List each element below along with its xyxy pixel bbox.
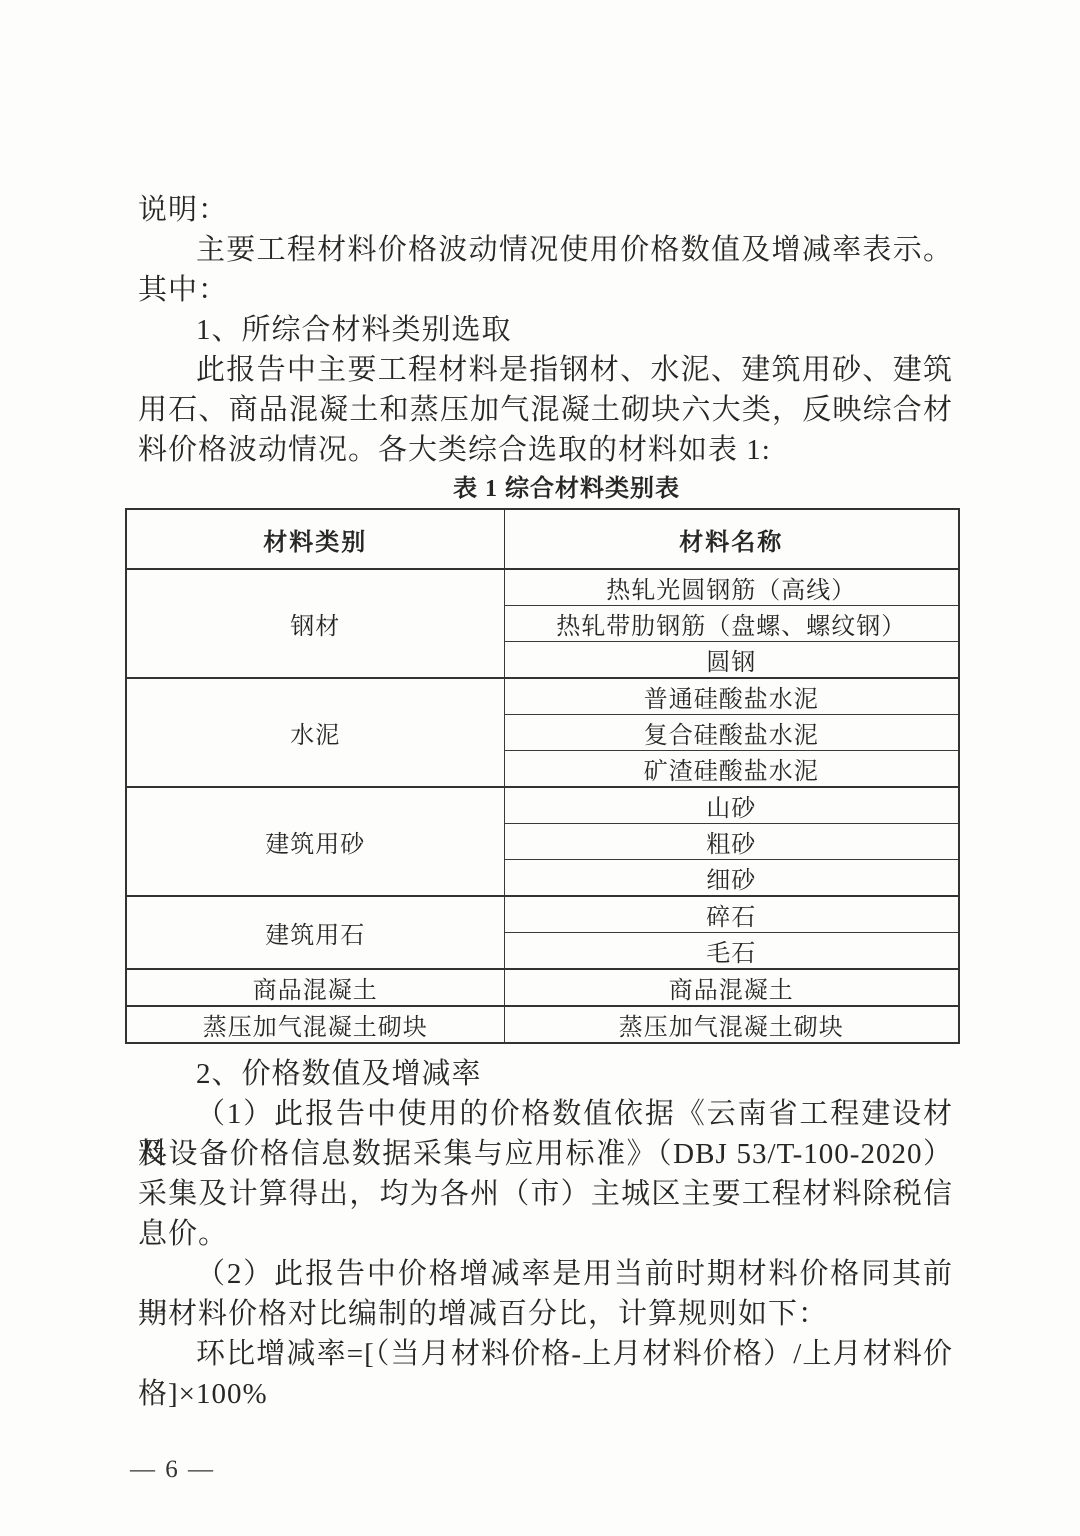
material-name-cell: 圆钢 bbox=[504, 642, 959, 679]
text-line: 2、价格数值及增减率 bbox=[125, 1054, 958, 1094]
material-name-cell: 细砂 bbox=[504, 860, 959, 897]
table-row: 水泥普通硅酸盐水泥 bbox=[126, 678, 959, 715]
table-row: 建筑用石碎石 bbox=[126, 896, 959, 933]
material-name-cell: 复合硅酸盐水泥 bbox=[504, 715, 959, 751]
document-page: 说明：主要工程材料价格波动情况使用价格数值及增减率表示。其中：1、所综合材料类别… bbox=[0, 0, 1080, 1536]
page-content: 说明：主要工程材料价格波动情况使用价格数值及增减率表示。其中：1、所综合材料类别… bbox=[125, 190, 958, 1484]
table-row: 建筑用砂山砂 bbox=[126, 787, 959, 824]
category-cell: 钢材 bbox=[126, 569, 504, 678]
explanation-text-block: 说明：主要工程材料价格波动情况使用价格数值及增减率表示。其中：1、所综合材料类别… bbox=[125, 190, 958, 470]
material-name-cell: 普通硅酸盐水泥 bbox=[504, 678, 959, 715]
material-name-cell: 矿渣硅酸盐水泥 bbox=[504, 751, 959, 788]
material-name-cell: 热轧带肋钢筋（盘螺、螺纹钢） bbox=[504, 606, 959, 642]
category-cell: 建筑用石 bbox=[126, 896, 504, 969]
text-line: 格]×100% bbox=[125, 1374, 958, 1414]
text-line: 期材料价格对比编制的增减百分比，计算规则如下： bbox=[125, 1294, 958, 1334]
text-line: 及设备价格信息数据采集与应用标准》（DBJ 53/T-100-2020） bbox=[125, 1134, 958, 1174]
text-line: 此报告中主要工程材料是指钢材、水泥、建筑用砂、建筑 bbox=[125, 350, 958, 390]
text-line: 说明： bbox=[125, 190, 958, 230]
header-material-category: 材料类别 bbox=[126, 509, 504, 569]
material-name-cell: 蒸压加气混凝土砌块 bbox=[504, 1006, 959, 1043]
category-cell: 商品混凝土 bbox=[126, 969, 504, 1006]
price-rate-text-block: 2、价格数值及增减率（1）此报告中使用的价格数值依据《云南省工程建设材料及设备价… bbox=[125, 1054, 958, 1414]
category-cell: 蒸压加气混凝土砌块 bbox=[126, 1006, 504, 1043]
text-line: 其中： bbox=[125, 270, 958, 310]
category-cell: 建筑用砂 bbox=[126, 787, 504, 896]
material-category-table: 材料类别 材料名称 钢材热轧光圆钢筋（高线）热轧带肋钢筋（盘螺、螺纹钢）圆钢水泥… bbox=[125, 508, 960, 1044]
page-number: — 6 — bbox=[125, 1456, 958, 1484]
text-line: 1、所综合材料类别选取 bbox=[125, 310, 958, 350]
text-line: 主要工程材料价格波动情况使用价格数值及增减率表示。 bbox=[125, 230, 958, 270]
text-line: 采集及计算得出，均为各州（市）主城区主要工程材料除税信 bbox=[125, 1174, 958, 1214]
material-name-cell: 碎石 bbox=[504, 896, 959, 933]
table-header-row: 材料类别 材料名称 bbox=[126, 509, 959, 569]
text-line: 用石、商品混凝土和蒸压加气混凝土砌块六大类，反映综合材 bbox=[125, 390, 958, 430]
table-row: 钢材热轧光圆钢筋（高线） bbox=[126, 569, 959, 606]
material-name-cell: 粗砂 bbox=[504, 824, 959, 860]
text-line: （1）此报告中使用的价格数值依据《云南省工程建设材料 bbox=[125, 1094, 958, 1134]
table-title: 表 1 综合材料类别表 bbox=[150, 470, 983, 508]
material-name-cell: 热轧光圆钢筋（高线） bbox=[504, 569, 959, 606]
header-material-name: 材料名称 bbox=[504, 509, 959, 569]
table-row: 商品混凝土商品混凝土 bbox=[126, 969, 959, 1006]
table-row: 蒸压加气混凝土砌块蒸压加气混凝土砌块 bbox=[126, 1006, 959, 1043]
category-cell: 水泥 bbox=[126, 678, 504, 787]
text-line: （2）此报告中价格增减率是用当前时期材料价格同其前一 bbox=[125, 1254, 958, 1294]
text-line: 环比增减率=[（当月材料价格-上月材料价格）/上月材料价 bbox=[125, 1334, 958, 1374]
text-line: 料价格波动情况。各大类综合选取的材料如表 1: bbox=[125, 430, 958, 470]
material-name-cell: 商品混凝土 bbox=[504, 969, 959, 1006]
text-line: 息价。 bbox=[125, 1214, 958, 1254]
material-name-cell: 毛石 bbox=[504, 933, 959, 970]
material-name-cell: 山砂 bbox=[504, 787, 959, 824]
